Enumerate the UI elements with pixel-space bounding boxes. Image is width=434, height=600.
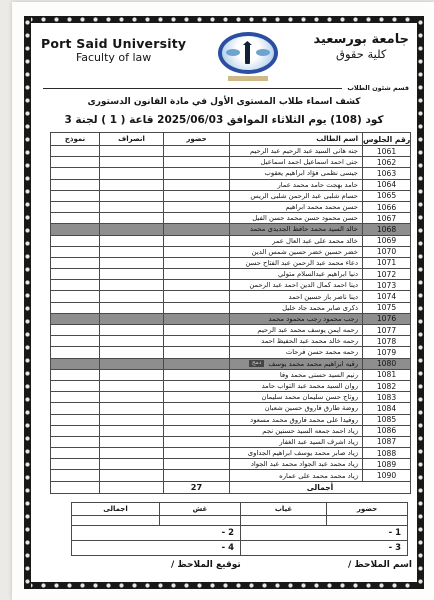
student-row: 1069خالد محمد على عبد العال عمر <box>51 235 411 246</box>
cell-dep <box>100 190 164 201</box>
cell-seat: 1081 <box>363 369 411 380</box>
cell-dep <box>100 369 164 380</box>
observer-name-label: اسم الملاحظ / <box>348 560 412 570</box>
faculty-name-ar: كلية حقوق <box>313 47 409 61</box>
cell-name: روان السيد محمد عبد التواب حامد <box>230 380 363 391</box>
student-row: 1070خضر حسين خضر حسين شمس الدين <box>51 246 411 257</box>
cell-name: روضة طارق فاروق حسين شعبان <box>230 403 363 414</box>
total-departure-cell <box>100 481 164 493</box>
cell-name: ذكرى صابر محمد جاد خليل <box>230 302 363 313</box>
cell-form <box>51 157 100 168</box>
cell-form <box>51 358 100 369</box>
cell-form <box>51 190 100 201</box>
cell-form <box>51 280 100 291</box>
cell-att <box>164 168 230 179</box>
student-name: حسن محمد محمد ابراهيم <box>285 203 358 211</box>
cell-dep <box>100 246 164 257</box>
cell-name: رحمه محمد حسن فرحات <box>230 347 363 358</box>
cell-att <box>164 414 230 425</box>
student-row: 1084روضة طارق فاروق حسين شعبان <box>51 403 411 414</box>
cell-seat: 1080 <box>363 358 411 369</box>
student-row: 1065حسام شلبى عبد الرحمن شلبى الريس <box>51 190 411 201</box>
cell-seat: 1088 <box>363 448 411 459</box>
department-rule: قسم شئون الطلاب <box>31 81 417 92</box>
cell-name: جنه هانى السيد عبد الرحيم عبد الرحيم <box>230 146 363 157</box>
cell-name: زياد صابر محمد يوسف ابراهيم الجداوى <box>230 448 363 459</box>
student-row: 1080رقيه ابراهيم محمد محمد يوسفدمج <box>51 358 411 369</box>
student-name: دينا ناصر باز حسين احمد <box>289 293 359 301</box>
summary-header-absence: غياب <box>241 502 327 515</box>
student-name: ذكرى صابر محمد جاد خليل <box>282 304 358 312</box>
cell-att <box>164 459 230 470</box>
summary-header-cheating: غش <box>160 502 241 515</box>
cell-seat: 1074 <box>363 291 411 302</box>
cell-seat: 1062 <box>363 157 411 168</box>
cell-name: روفيدا على محمد فاروق محمد مسعود <box>230 414 363 425</box>
student-row: 1075ذكرى صابر محمد جاد خليل <box>51 302 411 313</box>
summary-line-1: - 1 <box>241 525 408 540</box>
student-row: 1077رحمه ايمن يوسف محمد عبد الرحيم <box>51 325 411 336</box>
cell-form <box>51 313 100 324</box>
header-row: رقم الجلوس اسم الطالب حضور انصراف نموذج <box>51 133 411 146</box>
students-body: 1061جنه هانى السيد عبد الرحيم عبد الرحيم… <box>51 146 411 482</box>
student-name: رحمه خالد محمد عبد الحفيظ احمد <box>261 337 358 345</box>
cell-dep <box>100 201 164 212</box>
cell-name: زياد اشرف السيد عبد الغفار <box>230 436 363 447</box>
summary-header-total: اجمالى <box>72 502 160 515</box>
scanned-sheet: Port Said University Faculty of law جامع… <box>12 2 434 600</box>
cell-att <box>164 246 230 257</box>
student-row: 1062جنى احمد اسماعيل احمد اسماعيل <box>51 157 411 168</box>
cell-form <box>51 213 100 224</box>
border-ornament-left <box>24 16 31 589</box>
student-row: 1068خالد السيد محمد حافظ الجديدى محمد <box>51 224 411 235</box>
student-name: زياد محمد عبد الجواد محمد عبد الجواد <box>251 460 358 468</box>
student-name: جيسى نظمى فؤاد ابراهيم يعقوب <box>265 169 358 177</box>
cell-dep <box>100 392 164 403</box>
cell-form <box>51 201 100 212</box>
cell-form <box>51 224 100 235</box>
cell-seat: 1068 <box>363 224 411 235</box>
cell-att <box>164 313 230 324</box>
cell-dep <box>100 291 164 302</box>
student-row: 1086زياد احمد جمعه السيد حسنين نجم <box>51 425 411 436</box>
cell-seat: 1086 <box>363 425 411 436</box>
student-row: 1064حامد بهجت حامد محمد عمار <box>51 179 411 190</box>
total-attendance-value: 27 <box>164 481 230 493</box>
merge-badge: دمج <box>249 360 264 367</box>
cell-name: حسن محمد محمد ابراهيم <box>230 201 363 212</box>
student-row: 1087زياد اشرف السيد عبد الغفار <box>51 436 411 447</box>
cell-form <box>51 302 100 313</box>
student-row: 1078رحمه خالد محمد عبد الحفيظ احمد <box>51 336 411 347</box>
cell-dep <box>100 146 164 157</box>
cell-seat: 1071 <box>363 257 411 268</box>
student-name: جنه هانى السيد عبد الرحيم عبد الرحيم <box>250 147 358 155</box>
cell-dep <box>100 269 164 280</box>
student-row: 1063جيسى نظمى فؤاد ابراهيم يعقوب <box>51 168 411 179</box>
cell-seat: 1066 <box>363 201 411 212</box>
cell-att <box>164 213 230 224</box>
col-header-departure: انصراف <box>100 133 164 146</box>
student-name: خضر حسين خضر حسين شمس الدين <box>252 248 358 256</box>
cell-form <box>51 257 100 268</box>
cell-dep <box>100 313 164 324</box>
cell-seat: 1087 <box>363 436 411 447</box>
cell-seat: 1078 <box>363 336 411 347</box>
student-row: 1079رحمه محمد حسن فرحات <box>51 347 411 358</box>
cell-att <box>164 201 230 212</box>
cell-name: جيسى نظمى فؤاد ابراهيم يعقوب <box>230 168 363 179</box>
summary-empty-cell <box>241 515 327 525</box>
summary-line-2: - 2 <box>72 525 241 540</box>
cell-name: خالد السيد محمد حافظ الجديدى محمد <box>230 224 363 235</box>
cell-dep <box>100 280 164 291</box>
cell-form <box>51 179 100 190</box>
student-row: 1074دينا ناصر باز حسين احمد <box>51 291 411 302</box>
student-name: رجب محمود رجب محمود محمد <box>269 315 358 323</box>
sheet-title: كشف اسماء طلاب المستوى الأول في مادة الق… <box>31 97 417 107</box>
cell-form <box>51 448 100 459</box>
border-ornament-bottom <box>24 582 424 589</box>
university-logo-icon <box>219 32 277 81</box>
summary-empty-cell <box>327 515 408 525</box>
cell-form <box>51 146 100 157</box>
cell-name: دنيا ابراهيم عبدالسلام متولي <box>230 269 363 280</box>
students-table-foot: أجمالى 27 <box>51 481 411 493</box>
cell-att <box>164 325 230 336</box>
cell-seat: 1085 <box>363 414 411 425</box>
cell-att <box>164 302 230 313</box>
student-row: 1076رجب محمود رجب محمود محمد <box>51 313 411 324</box>
cell-seat: 1070 <box>363 246 411 257</box>
cell-seat: 1072 <box>363 269 411 280</box>
cell-name: رنيم السيد حسنى محمد وفا <box>230 369 363 380</box>
cell-att <box>164 190 230 201</box>
student-row: 1081رنيم السيد حسنى محمد وفا <box>51 369 411 380</box>
cell-dep <box>100 347 164 358</box>
cell-att <box>164 425 230 436</box>
cell-att <box>164 269 230 280</box>
cell-att <box>164 157 230 168</box>
student-name: رحمه محمد حسن فرحات <box>286 348 358 356</box>
cell-dep <box>100 325 164 336</box>
cell-form <box>51 380 100 391</box>
student-row: 1089زياد محمد عبد الجواد محمد عبد الجواد <box>51 459 411 470</box>
cell-att <box>164 280 230 291</box>
cell-dep <box>100 257 164 268</box>
cell-seat: 1082 <box>363 380 411 391</box>
cell-att <box>164 235 230 246</box>
cell-att <box>164 392 230 403</box>
header-arabic-block: جامعة بورسعيد كلية حقوق <box>309 30 409 61</box>
col-header-seat: رقم الجلوس <box>363 133 411 146</box>
cell-dep <box>100 358 164 369</box>
cell-name: رحمه خالد محمد عبد الحفيظ احمد <box>230 336 363 347</box>
cell-seat: 1063 <box>363 168 411 179</box>
cell-att <box>164 336 230 347</box>
student-name: روان السيد محمد عبد التواب حامد <box>262 382 358 390</box>
cell-seat: 1084 <box>363 403 411 414</box>
university-name-ar: جامعة بورسعيد <box>313 32 409 47</box>
student-name: زياد محمد محمد على عماره <box>279 472 358 480</box>
cell-form <box>51 168 100 179</box>
cell-seat: 1073 <box>363 280 411 291</box>
logo-laurel-right <box>256 49 270 56</box>
cell-name: رقيه ابراهيم محمد محمد يوسفدمج <box>230 358 363 369</box>
student-name: حامد بهجت حامد محمد عمار <box>277 181 358 189</box>
student-row: 1082روان السيد محمد عبد التواب حامد <box>51 380 411 391</box>
cell-form <box>51 403 100 414</box>
cell-seat: 1089 <box>363 459 411 470</box>
student-name: دينا احمد كمال الدين احمد عبد الرحمن <box>249 281 358 289</box>
cell-form <box>51 414 100 425</box>
student-name: رحمه ايمن يوسف محمد عبد الرحيم <box>257 326 358 334</box>
faculty-name-en: Faculty of law <box>41 51 186 64</box>
students-table: رقم الجلوس اسم الطالب حضور انصراف نموذج … <box>50 132 411 494</box>
cell-dep <box>100 302 164 313</box>
cell-dep <box>100 157 164 168</box>
cell-seat: 1067 <box>363 213 411 224</box>
cell-form <box>51 425 100 436</box>
col-header-form: نموذج <box>51 133 100 146</box>
total-label: أجمالى <box>230 481 411 493</box>
cell-name: دينا احمد كمال الدين احمد عبد الرحمن <box>230 280 363 291</box>
cell-name: زياد احمد جمعه السيد حسنين نجم <box>230 425 363 436</box>
logo-oval <box>218 32 278 74</box>
student-name: حسام شلبى عبد الرحمن شلبى الريس <box>250 192 358 200</box>
cell-name: زياد محمد عبد الجواد محمد عبد الجواد <box>230 459 363 470</box>
cell-seat: 1061 <box>363 146 411 157</box>
student-name: جنى احمد اسماعيل احمد اسماعيل <box>261 158 358 166</box>
student-row: 1071دعاء محمد عبد الرحمن عبد الفتاح حسن <box>51 257 411 268</box>
student-row: 1088زياد صابر محمد يوسف ابراهيم الجداوى <box>51 448 411 459</box>
student-name: زياد احمد جمعه السيد حسنين نجم <box>262 427 358 435</box>
student-name: زياد اشرف السيد عبد الغفار <box>279 438 358 446</box>
col-header-attendance: حضور <box>164 133 230 146</box>
cell-name: حسام شلبى عبد الرحمن شلبى الريس <box>230 190 363 201</box>
student-name: روضة طارق فاروق حسين شعبان <box>265 404 358 412</box>
cell-form <box>51 235 100 246</box>
header-english-block: Port Said University Faculty of law <box>41 30 186 64</box>
col-header-name: اسم الطالب <box>230 133 363 146</box>
cell-att <box>164 291 230 302</box>
cell-name: حسن محمود حسن محمد حسن الفيل <box>230 213 363 224</box>
student-name: رنيم السيد حسنى محمد وفا <box>280 371 358 379</box>
lighthouse-icon <box>245 44 250 64</box>
summary-table: حضور غياب غش اجمالى - 1 - 2 <box>71 502 408 556</box>
student-row: 1072دنيا ابراهيم عبدالسلام متولي <box>51 269 411 280</box>
summary-line-3: - 3 <box>241 540 408 555</box>
cell-form <box>51 369 100 380</box>
student-name: خالد محمد على عبد العال عمر <box>272 237 358 245</box>
summary-header-attendance: حضور <box>327 502 408 515</box>
student-row: 1085روفيدا على محمد فاروق محمد مسعود <box>51 414 411 425</box>
total-form-cell <box>51 481 100 493</box>
cell-name: رجب محمود رجب محمود محمد <box>230 313 363 324</box>
student-name: خالد السيد محمد حافظ الجديدى محمد <box>250 225 358 233</box>
summary-empty-cell <box>72 515 160 525</box>
cell-dep <box>100 168 164 179</box>
cell-form <box>51 246 100 257</box>
cell-form <box>51 325 100 336</box>
observer-signature-label: توقيع الملاحظ / <box>171 560 241 570</box>
cell-att <box>164 347 230 358</box>
total-row: أجمالى 27 <box>51 481 411 493</box>
student-row: 1090زياد محمد محمد على عماره <box>51 470 411 481</box>
session-info: كود (108) يوم الثلاثاء الموافق 2025/06/0… <box>31 114 417 126</box>
cell-seat: 1090 <box>363 470 411 481</box>
summary-line-row-2: - 3 - 4 <box>72 540 408 555</box>
border-ornament-top <box>24 16 424 23</box>
cell-form <box>51 347 100 358</box>
summary-line-row-1: - 1 - 2 <box>72 525 408 540</box>
student-name: دنيا ابراهيم عبدالسلام متولي <box>278 270 358 278</box>
decorative-border: Port Said University Faculty of law جامع… <box>24 16 424 589</box>
cell-dep <box>100 436 164 447</box>
university-name-en: Port Said University <box>41 36 186 51</box>
student-name: روفيدا على محمد فاروق محمد مسعود <box>250 416 358 424</box>
summary-empty-row <box>72 515 408 525</box>
cell-att <box>164 146 230 157</box>
cell-name: خالد محمد على عبد العال عمر <box>230 235 363 246</box>
cell-seat: 1079 <box>363 347 411 358</box>
cell-form <box>51 470 100 481</box>
cell-dep <box>100 224 164 235</box>
cell-dep <box>100 380 164 391</box>
cell-name: حامد بهجت حامد محمد عمار <box>230 179 363 190</box>
cell-name: روتاج حسن سليمان محمد سليمان <box>230 392 363 403</box>
cell-form <box>51 436 100 447</box>
students-table-head: رقم الجلوس اسم الطالب حضور انصراف نموذج <box>51 133 411 146</box>
student-row: 1073دينا احمد كمال الدين احمد عبد الرحمن <box>51 280 411 291</box>
cell-seat: 1076 <box>363 313 411 324</box>
cell-name: جنى احمد اسماعيل احمد اسماعيل <box>230 157 363 168</box>
cell-name: دينا ناصر باز حسين احمد <box>230 291 363 302</box>
student-name: روتاج حسن سليمان محمد سليمان <box>262 393 359 401</box>
cell-dep <box>100 425 164 436</box>
student-row: 1061جنه هانى السيد عبد الرحيم عبد الرحيم <box>51 146 411 157</box>
cell-att <box>164 369 230 380</box>
student-row: 1067حسن محمود حسن محمد حسن الفيل <box>51 213 411 224</box>
summary-line-4: - 4 <box>72 540 241 555</box>
cell-att <box>164 448 230 459</box>
cell-dep <box>100 213 164 224</box>
cell-dep <box>100 403 164 414</box>
cell-dep <box>100 235 164 246</box>
cell-seat: 1083 <box>363 392 411 403</box>
summary-header-row: حضور غياب غش اجمالى <box>72 502 408 515</box>
cell-att <box>164 358 230 369</box>
cell-att <box>164 224 230 235</box>
header: Port Said University Faculty of law جامع… <box>31 23 417 81</box>
cell-seat: 1069 <box>363 235 411 246</box>
cell-att <box>164 470 230 481</box>
cell-form <box>51 392 100 403</box>
student-row: 1083روتاج حسن سليمان محمد سليمان <box>51 392 411 403</box>
student-row: 1066حسن محمد محمد ابراهيم <box>51 201 411 212</box>
cell-dep <box>100 470 164 481</box>
border-ornament-right <box>417 16 424 589</box>
cell-seat: 1064 <box>363 179 411 190</box>
cell-dep <box>100 179 164 190</box>
cell-seat: 1065 <box>363 190 411 201</box>
cell-att <box>164 436 230 447</box>
divider-line <box>43 88 342 89</box>
cell-name: دعاء محمد عبد الرحمن عبد الفتاح حسن <box>230 257 363 268</box>
cell-att <box>164 380 230 391</box>
logo-laurel-left <box>226 49 240 56</box>
cell-form <box>51 336 100 347</box>
student-name: دعاء محمد عبد الرحمن عبد الفتاح حسن <box>245 259 358 267</box>
cell-dep <box>100 459 164 470</box>
document-content: Port Said University Faculty of law جامع… <box>31 23 417 582</box>
cell-seat: 1075 <box>363 302 411 313</box>
cell-dep <box>100 414 164 425</box>
cell-att <box>164 257 230 268</box>
cell-seat: 1077 <box>363 325 411 336</box>
cell-name: زياد محمد محمد على عماره <box>230 470 363 481</box>
cell-name: رحمه ايمن يوسف محمد عبد الرحيم <box>230 325 363 336</box>
cell-form <box>51 459 100 470</box>
cell-form <box>51 291 100 302</box>
student-name: رقيه ابراهيم محمد محمد يوسف <box>268 360 358 368</box>
cell-dep <box>100 448 164 459</box>
cell-name: خضر حسين خضر حسين شمس الدين <box>230 246 363 257</box>
cell-form <box>51 269 100 280</box>
cell-att <box>164 179 230 190</box>
footer: اسم الملاحظ / توقيع الملاحظ / <box>31 556 417 582</box>
cell-att <box>164 403 230 414</box>
cell-dep <box>100 336 164 347</box>
student-name: حسن محمود حسن محمد حسن الفيل <box>252 214 358 222</box>
department-label: قسم شئون الطلاب <box>347 84 409 92</box>
student-name: زياد صابر محمد يوسف ابراهيم الجداوى <box>248 449 358 457</box>
summary-empty-cell <box>160 515 241 525</box>
